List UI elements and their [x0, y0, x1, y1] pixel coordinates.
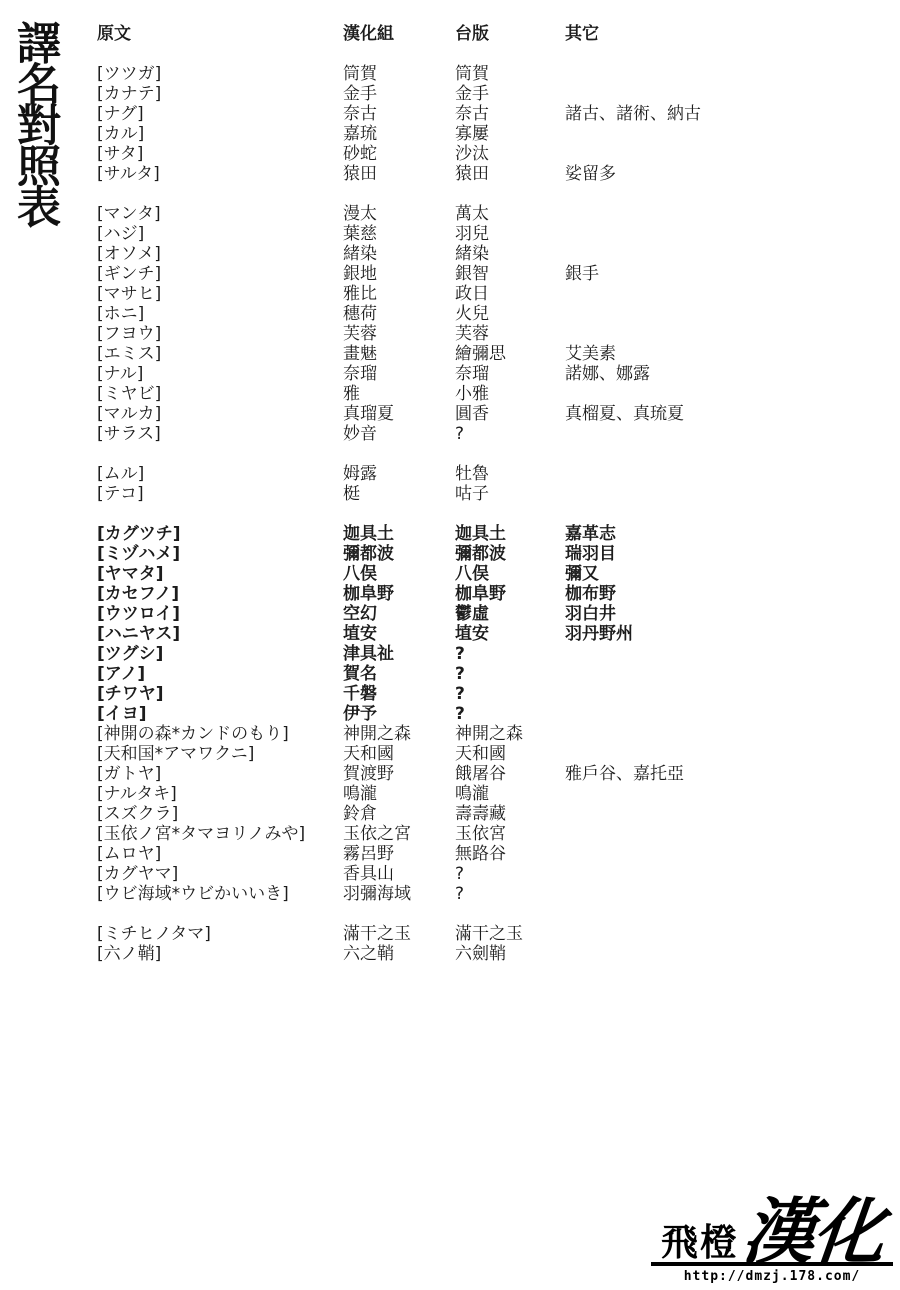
table-row-cell-taiwan-edition: 彌都波: [455, 544, 565, 564]
table-row: [ミヅハメ]彌都波彌都波瑞羽目: [97, 544, 897, 564]
table-row-cell-taiwan-edition: 餓屠谷: [455, 764, 565, 784]
table-row: [ガトヤ]賀渡野餓屠谷雅戶谷、嘉托亞: [97, 764, 897, 784]
table-row: [玉依ノ宮*タマヨリノみや]玉依之宮玉依宮: [97, 824, 897, 844]
table-row-cell-hanhua-group: 梃: [343, 484, 455, 504]
table-row-cell-hanhua-group: 埴安: [343, 624, 455, 644]
table-row-cell-hanhua-group: 六之鞘: [343, 944, 455, 964]
table-row-cell-original: [エミス]: [97, 344, 343, 364]
table-row: [ツグシ]津具祉?: [97, 644, 897, 664]
table-row-cell-hanhua-group: 玉依之宮: [343, 824, 455, 844]
table-row-cell-original: [チワヤ]: [97, 684, 343, 704]
table-row: [エミス]畫魅繪彌思艾美素: [97, 344, 897, 364]
table-row-cell-other: [565, 224, 897, 244]
table-row-cell-other: 瑞羽目: [565, 544, 897, 564]
table-row: [チワヤ]千磐?: [97, 684, 897, 704]
table-row-cell-hanhua-group: 銀地: [343, 264, 455, 284]
scan-page: 譯名對照表 原文漢化組台版其它[ツツガ]筒賀筒賀[カナテ]金手金手[ナグ]奈古奈…: [0, 0, 900, 1290]
table-row-cell-hanhua-group: 空幻: [343, 604, 455, 624]
table-row-cell-hanhua-group: 八俣: [343, 564, 455, 584]
table-row-cell-original: [ヤマタ]: [97, 564, 343, 584]
table-row: [サラス]妙音?: [97, 424, 897, 444]
table-row-cell-other: [565, 664, 897, 684]
table-row: [ウビ海域*ウビかいいき]羽彌海域?: [97, 884, 897, 904]
table-row-cell-taiwan-edition: 鳴瀧: [455, 784, 565, 804]
table-row-cell-original: [神開の森*カンドのもり]: [97, 724, 343, 744]
table-row-cell-hanhua-group: 穗荷: [343, 304, 455, 324]
table-row-cell-original: [ナグ]: [97, 104, 343, 124]
table-row-cell-hanhua-group: 鈴倉: [343, 804, 455, 824]
table-row-cell-other: 嘉革志: [565, 524, 897, 544]
table-row-cell-other: [565, 744, 897, 764]
table-row-cell-taiwan-edition: ?: [455, 864, 565, 884]
table-row-cell-other: 彌又: [565, 564, 897, 584]
logo-text-small: 飛橙: [661, 1223, 739, 1262]
table-row: [ミチヒノタマ]滿干之玉滿干之玉: [97, 924, 897, 944]
table-row-cell-original: [サラス]: [97, 424, 343, 444]
table-row: [オソメ]緒染緒染: [97, 244, 897, 264]
table-row-cell-other: 諸古、諸術、納古: [565, 104, 897, 124]
table-row-cell-hanhua-group: 砂蛇: [343, 144, 455, 164]
table-row: [ミヤビ]雅小雅: [97, 384, 897, 404]
table-row-cell-original: [ツグシ]: [97, 644, 343, 664]
table-row-cell-other: [565, 724, 897, 744]
table-row: [ムル]姆露牡魯: [97, 464, 897, 484]
table-row-cell-original: [マルカ]: [97, 404, 343, 424]
table-row-cell-original: [ムロヤ]: [97, 844, 343, 864]
table-row-cell-original: [サルタ]: [97, 164, 343, 184]
table-row: [ツツガ]筒賀筒賀: [97, 64, 897, 84]
table-row-cell-hanhua-group: 金手: [343, 84, 455, 104]
table-row-cell-hanhua-group: 羽彌海域: [343, 884, 455, 904]
table-section-4: [カグツチ]迦具土迦具土嘉革志[ミヅハメ]彌都波彌都波瑞羽目[ヤマタ]八俣八俣彌…: [97, 524, 897, 904]
table-header-row-cell-original: 原文: [97, 24, 343, 44]
table-row-cell-original: [ナルタキ]: [97, 784, 343, 804]
table-row: [六ノ鞘]六之鞘六劍鞘: [97, 944, 897, 964]
table-row-cell-hanhua-group: 真瑠夏: [343, 404, 455, 424]
table-row: [ナルタキ]鳴瀧鳴瀧: [97, 784, 897, 804]
table-row-cell-taiwan-edition: 緒染: [455, 244, 565, 264]
table-row-cell-hanhua-group: 奈古: [343, 104, 455, 124]
table-row-cell-other: [565, 304, 897, 324]
table-row: [神開の森*カンドのもり]神開之森神開之森: [97, 724, 897, 744]
table-row: [カグヤマ]香具山?: [97, 864, 897, 884]
table-row-cell-taiwan-edition: 鬱虛: [455, 604, 565, 624]
table-row: [イヨ]伊予?: [97, 704, 897, 724]
table-row: [アノ]賀名?: [97, 664, 897, 684]
table-row-cell-other: [565, 844, 897, 864]
table-row-cell-taiwan-edition: 寡屢: [455, 124, 565, 144]
table-row: [ハジ]葉慈羽兒: [97, 224, 897, 244]
table-row-cell-original: [玉依ノ宮*タマヨリノみや]: [97, 824, 343, 844]
table-row-cell-hanhua-group: 筒賀: [343, 64, 455, 84]
table-row-cell-original: [カグツチ]: [97, 524, 343, 544]
table-row-cell-original: [カセフノ]: [97, 584, 343, 604]
table-section-5: [ミチヒノタマ]滿干之玉滿干之玉[六ノ鞘]六之鞘六劍鞘: [97, 924, 897, 964]
table-row-cell-original: [ミヤビ]: [97, 384, 343, 404]
table-row-cell-hanhua-group: 芙蓉: [343, 324, 455, 344]
table-row-cell-other: 羽丹野州: [565, 624, 897, 644]
table-row-cell-other: [565, 384, 897, 404]
table-row-cell-taiwan-edition: ?: [455, 684, 565, 704]
table-row-cell-hanhua-group: 霧呂野: [343, 844, 455, 864]
table-row-cell-original: [ウビ海域*ウビかいいき]: [97, 884, 343, 904]
table-row-cell-hanhua-group: 妙音: [343, 424, 455, 444]
table-row-cell-other: [565, 84, 897, 104]
table-row-cell-original: [フヨウ]: [97, 324, 343, 344]
table-row-cell-taiwan-edition: 咕子: [455, 484, 565, 504]
table-row: [天和国*アマワクニ]天和國天和國: [97, 744, 897, 764]
table-row-cell-taiwan-edition: 神開之森: [455, 724, 565, 744]
table-row-cell-other: [565, 124, 897, 144]
table-row-cell-other: [565, 784, 897, 804]
table-row-cell-original: [マンタ]: [97, 204, 343, 224]
table-row-cell-original: [サタ]: [97, 144, 343, 164]
table-row-cell-taiwan-edition: 壽壽藏: [455, 804, 565, 824]
table-row: [カナテ]金手金手: [97, 84, 897, 104]
table-row-cell-original: [ハニヤス]: [97, 624, 343, 644]
table-row-cell-original: [マサヒ]: [97, 284, 343, 304]
table-row: [ギンチ]銀地銀智銀手: [97, 264, 897, 284]
table-row: [サルタ]猿田猿田娑留多: [97, 164, 897, 184]
table-row-cell-original: [カナテ]: [97, 84, 343, 104]
translation-name-table: 原文漢化組台版其它[ツツガ]筒賀筒賀[カナテ]金手金手[ナグ]奈古奈古諸古、諸術…: [97, 24, 897, 964]
table-header-row-cell-hanhua-group: 漢化組: [343, 24, 455, 44]
table-row-cell-hanhua-group: 枷阜野: [343, 584, 455, 604]
table-row-cell-other: 艾美素: [565, 344, 897, 364]
table-row-cell-taiwan-edition: 圓香: [455, 404, 565, 424]
table-row: [カグツチ]迦具土迦具土嘉革志: [97, 524, 897, 544]
table-row-cell-taiwan-edition: ?: [455, 664, 565, 684]
table-row-cell-other: [565, 244, 897, 264]
table-row-cell-hanhua-group: 緒染: [343, 244, 455, 264]
table-row: [カセフノ]枷阜野枷阜野枷布野: [97, 584, 897, 604]
table-row-cell-taiwan-edition: 繪彌思: [455, 344, 565, 364]
table-row-cell-hanhua-group: 葉慈: [343, 224, 455, 244]
table-row: [ウツロイ]空幻鬱虛羽白井: [97, 604, 897, 624]
scanlation-group-logo: 飛橙 漢化 http://dmzj.178.com/: [651, 1201, 893, 1284]
table-row-cell-taiwan-edition: 猿田: [455, 164, 565, 184]
table-header-row-cell-taiwan-edition: 台版: [455, 24, 565, 44]
table-row-cell-other: [565, 704, 897, 724]
table-row: [マンタ]漫太萬太: [97, 204, 897, 224]
table-row-cell-hanhua-group: 滿干之玉: [343, 924, 455, 944]
table-header-row-cell-other: 其它: [565, 24, 897, 44]
table-row-cell-taiwan-edition: 埴安: [455, 624, 565, 644]
table-row-cell-other: 銀手: [565, 264, 897, 284]
table-row-cell-taiwan-edition: 羽兒: [455, 224, 565, 244]
table-row-cell-original: [オソメ]: [97, 244, 343, 264]
table-row-cell-taiwan-edition: ?: [455, 884, 565, 904]
table-row-cell-other: [565, 464, 897, 484]
table-row-cell-hanhua-group: 雅: [343, 384, 455, 404]
table-row: [カル]嘉琉寡屢: [97, 124, 897, 144]
table-row-cell-hanhua-group: 香具山: [343, 864, 455, 884]
table-row-cell-taiwan-edition: 芙蓉: [455, 324, 565, 344]
table-row-cell-taiwan-edition: 無路谷: [455, 844, 565, 864]
table-row-cell-taiwan-edition: ?: [455, 704, 565, 724]
table-row-cell-original: [天和国*アマワクニ]: [97, 744, 343, 764]
table-row-cell-hanhua-group: 迦具土: [343, 524, 455, 544]
table-row-cell-hanhua-group: 奈瑠: [343, 364, 455, 384]
table-row: [フヨウ]芙蓉芙蓉: [97, 324, 897, 344]
table-section-3: [ムル]姆露牡魯[テコ]梃咕子: [97, 464, 897, 504]
table-row-cell-other: [565, 824, 897, 844]
table-row-cell-other: [565, 924, 897, 944]
table-row-cell-original: [ホニ]: [97, 304, 343, 324]
table-row-cell-hanhua-group: 賀名: [343, 664, 455, 684]
table-row-cell-other: [565, 864, 897, 884]
table-row-cell-original: [アノ]: [97, 664, 343, 684]
table-row-cell-original: [テコ]: [97, 484, 343, 504]
table-row-cell-other: [565, 944, 897, 964]
table-section-2: [マンタ]漫太萬太[ハジ]葉慈羽兒[オソメ]緒染緒染[ギンチ]銀地銀智銀手[マサ…: [97, 204, 897, 444]
table-row-cell-taiwan-edition: 萬太: [455, 204, 565, 224]
page-title: 譯名對照表: [12, 20, 56, 225]
table-row-cell-original: [ウツロイ]: [97, 604, 343, 624]
table-row-cell-taiwan-edition: 政日: [455, 284, 565, 304]
table-row-cell-taiwan-edition: 奈古: [455, 104, 565, 124]
table-row-cell-original: [カル]: [97, 124, 343, 144]
table-row-cell-hanhua-group: 伊予: [343, 704, 455, 724]
table-row-cell-original: [ツツガ]: [97, 64, 343, 84]
table-row-cell-other: 真榴夏、真琉夏: [565, 404, 897, 424]
table-row-cell-taiwan-edition: ?: [455, 644, 565, 664]
table-row-cell-hanhua-group: 神開之森: [343, 724, 455, 744]
table-row-cell-taiwan-edition: 迦具土: [455, 524, 565, 544]
table-row-cell-original: [六ノ鞘]: [97, 944, 343, 964]
table-row-cell-original: [ガトヤ]: [97, 764, 343, 784]
table-row-cell-original: [ムル]: [97, 464, 343, 484]
table-row-cell-original: [スズクラ]: [97, 804, 343, 824]
logo-wordmark: 飛橙 漢化: [651, 1201, 893, 1266]
table-row-cell-original: [ミチヒノタマ]: [97, 924, 343, 944]
table-row-cell-other: [565, 884, 897, 904]
table-row-cell-taiwan-edition: 奈瑠: [455, 364, 565, 384]
table-row-cell-taiwan-edition: 金手: [455, 84, 565, 104]
table-row-cell-taiwan-edition: 八俣: [455, 564, 565, 584]
table-row: [ムロヤ]霧呂野無路谷: [97, 844, 897, 864]
table-row-cell-hanhua-group: 天和國: [343, 744, 455, 764]
table-row-cell-taiwan-edition: 天和國: [455, 744, 565, 764]
table-row-cell-taiwan-edition: 牡魯: [455, 464, 565, 484]
table-row-cell-original: [ミヅハメ]: [97, 544, 343, 564]
table-row-cell-taiwan-edition: 沙汰: [455, 144, 565, 164]
table-row: [テコ]梃咕子: [97, 484, 897, 504]
table-row-cell-taiwan-edition: 小雅: [455, 384, 565, 404]
table-section-1: [ツツガ]筒賀筒賀[カナテ]金手金手[ナグ]奈古奈古諸古、諸術、納古[カル]嘉琉…: [97, 64, 897, 184]
table-row-cell-other: [565, 644, 897, 664]
table-row-cell-other: 羽白井: [565, 604, 897, 624]
table-row-cell-other: 娑留多: [565, 164, 897, 184]
table-row-cell-other: [565, 804, 897, 824]
table-row-cell-hanhua-group: 津具祉: [343, 644, 455, 664]
table-row-cell-other: [565, 284, 897, 304]
table-row-cell-hanhua-group: 猿田: [343, 164, 455, 184]
table-row-cell-hanhua-group: 畫魅: [343, 344, 455, 364]
table-row-cell-other: [565, 204, 897, 224]
table-row-cell-taiwan-edition: 火兒: [455, 304, 565, 324]
table-row-cell-other: [565, 324, 897, 344]
table-row-cell-original: [ギンチ]: [97, 264, 343, 284]
table-row-cell-other: [565, 64, 897, 84]
table-row: [マサヒ]雅比政日: [97, 284, 897, 304]
table-row-cell-other: 雅戶谷、嘉托亞: [565, 764, 897, 784]
logo-text-large: 漢化: [740, 1201, 886, 1262]
table-row: [ハニヤス]埴安埴安羽丹野州: [97, 624, 897, 644]
table-row-cell-hanhua-group: 姆露: [343, 464, 455, 484]
table-row-cell-hanhua-group: 雅比: [343, 284, 455, 304]
table-row-cell-taiwan-edition: 枷阜野: [455, 584, 565, 604]
table-row-cell-hanhua-group: 千磐: [343, 684, 455, 704]
table-row-cell-hanhua-group: 嘉琉: [343, 124, 455, 144]
table-row: [ヤマタ]八俣八俣彌又: [97, 564, 897, 584]
table-row-cell-taiwan-edition: 銀智: [455, 264, 565, 284]
table-row: [スズクラ]鈴倉壽壽藏: [97, 804, 897, 824]
table-row-cell-hanhua-group: 賀渡野: [343, 764, 455, 784]
table-row-cell-other: 枷布野: [565, 584, 897, 604]
table-row-cell-original: [ハジ]: [97, 224, 343, 244]
table-header-row: 原文漢化組台版其它: [97, 24, 897, 44]
table-row: [ナル]奈瑠奈瑠諾娜、娜露: [97, 364, 897, 384]
table-row-cell-other: [565, 484, 897, 504]
table-row: [サタ]砂蛇沙汰: [97, 144, 897, 164]
table-row-cell-other: [565, 684, 897, 704]
table-row-cell-hanhua-group: 鳴瀧: [343, 784, 455, 804]
table-row-cell-taiwan-edition: 滿干之玉: [455, 924, 565, 944]
table-row-cell-original: [イヨ]: [97, 704, 343, 724]
table-row-cell-taiwan-edition: 六劍鞘: [455, 944, 565, 964]
table-row-cell-original: [ナル]: [97, 364, 343, 384]
table-row: [マルカ]真瑠夏圓香真榴夏、真琉夏: [97, 404, 897, 424]
table-row: [ナグ]奈古奈古諸古、諸術、納古: [97, 104, 897, 124]
table-row-cell-other: [565, 424, 897, 444]
table-row-cell-original: [カグヤマ]: [97, 864, 343, 884]
table-row: [ホニ]穗荷火兒: [97, 304, 897, 324]
table-row-cell-other: 諾娜、娜露: [565, 364, 897, 384]
table-row-cell-other: [565, 144, 897, 164]
table-row-cell-taiwan-edition: 玉依宮: [455, 824, 565, 844]
table-row-cell-hanhua-group: 漫太: [343, 204, 455, 224]
table-row-cell-hanhua-group: 彌都波: [343, 544, 455, 564]
table-row-cell-taiwan-edition: ?: [455, 424, 565, 444]
table-row-cell-taiwan-edition: 筒賀: [455, 64, 565, 84]
